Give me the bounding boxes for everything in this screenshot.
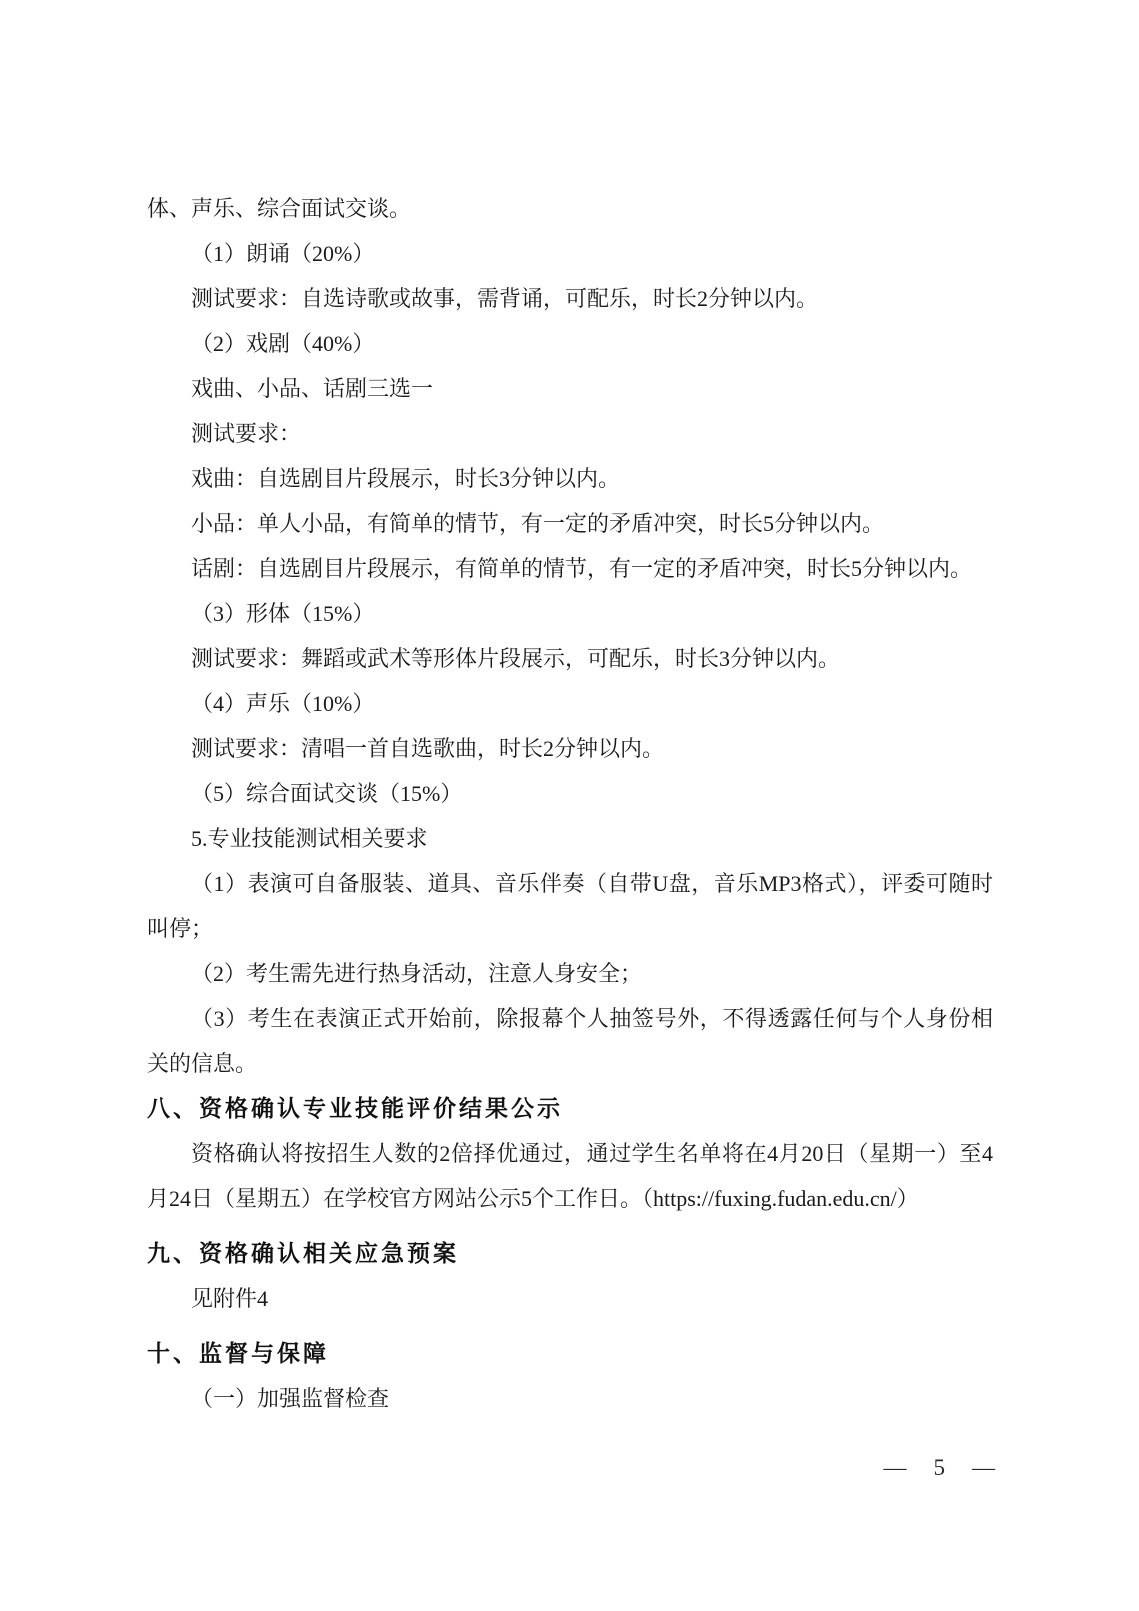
paragraph-body-req: 测试要求：舞蹈或武术等形体片段展示，可配乐，时长3分钟以内。	[147, 636, 993, 681]
document-page: 体、声乐、综合面试交谈。 （1）朗诵（20%） 测试要求：自选诗歌或故事，需背诵…	[0, 0, 1139, 1611]
paragraph-stageplay-req: 话剧：自选剧目片段展示，有简单的情节，有一定的矛盾冲突，时长5分钟以内。	[147, 546, 993, 591]
paragraph-drama-options: 戏曲、小品、话剧三选一	[147, 366, 993, 411]
paragraph-item-body: （3）形体（15%）	[147, 591, 993, 636]
document-body: 体、声乐、综合面试交谈。 （1）朗诵（20%） 测试要求：自选诗歌或故事，需背诵…	[147, 186, 993, 1421]
paragraph-item-recitation: （1）朗诵（20%）	[147, 231, 993, 276]
paragraph-req-anonymity: （3）考生在表演正式开始前，除报幕个人抽签号外，不得透露任何与个人身份相关的信息…	[147, 996, 993, 1086]
paragraph-drama-req-label: 测试要求：	[147, 411, 993, 456]
section-heading-10: 十、监督与保障	[147, 1331, 993, 1376]
page-footer: — 5 —	[884, 1452, 996, 1484]
page-number: 5	[934, 1455, 946, 1481]
paragraph-item-vocal: （4）声乐（10%）	[147, 681, 993, 726]
paragraph-item-drama: （2）戏剧（40%）	[147, 321, 993, 366]
paragraph-publicity: 资格确认将按招生人数的2倍择优通过，通过学生名单将在4月20日（星期一）至4月2…	[147, 1131, 993, 1221]
paragraph-see-attachment: 见附件4	[147, 1276, 993, 1321]
section-heading-8: 八、资格确认专业技能评价结果公示	[147, 1086, 993, 1131]
section-heading-9: 九、资格确认相关应急预案	[147, 1231, 993, 1276]
paragraph-item-interview: （5）综合面试交谈（15%）	[147, 771, 993, 816]
paragraph-vocal-req: 测试要求：清唱一首自选歌曲，时长2分钟以内。	[147, 726, 993, 771]
paragraph-req-warmup: （2）考生需先进行热身活动，注意人身安全；	[147, 951, 993, 996]
paragraph-sketch-req: 小品：单人小品，有简单的情节，有一定的矛盾冲突，时长5分钟以内。	[147, 501, 993, 546]
paragraph-supervision: （一）加强监督检查	[147, 1376, 993, 1421]
paragraph-continuation: 体、声乐、综合面试交谈。	[147, 186, 993, 231]
paragraph-req-costume: （1）表演可自备服装、道具、音乐伴奏（自带U盘，音乐MP3格式），评委可随时叫停…	[147, 861, 993, 951]
footer-dash-left: —	[884, 1455, 907, 1481]
paragraph-recitation-req: 测试要求：自选诗歌或故事，需背诵，可配乐，时长2分钟以内。	[147, 276, 993, 321]
paragraph-opera-req: 戏曲：自选剧目片段展示，时长3分钟以内。	[147, 456, 993, 501]
paragraph-skilltest-reqs: 5.专业技能测试相关要求	[147, 816, 993, 861]
footer-dash-right: —	[972, 1455, 995, 1481]
